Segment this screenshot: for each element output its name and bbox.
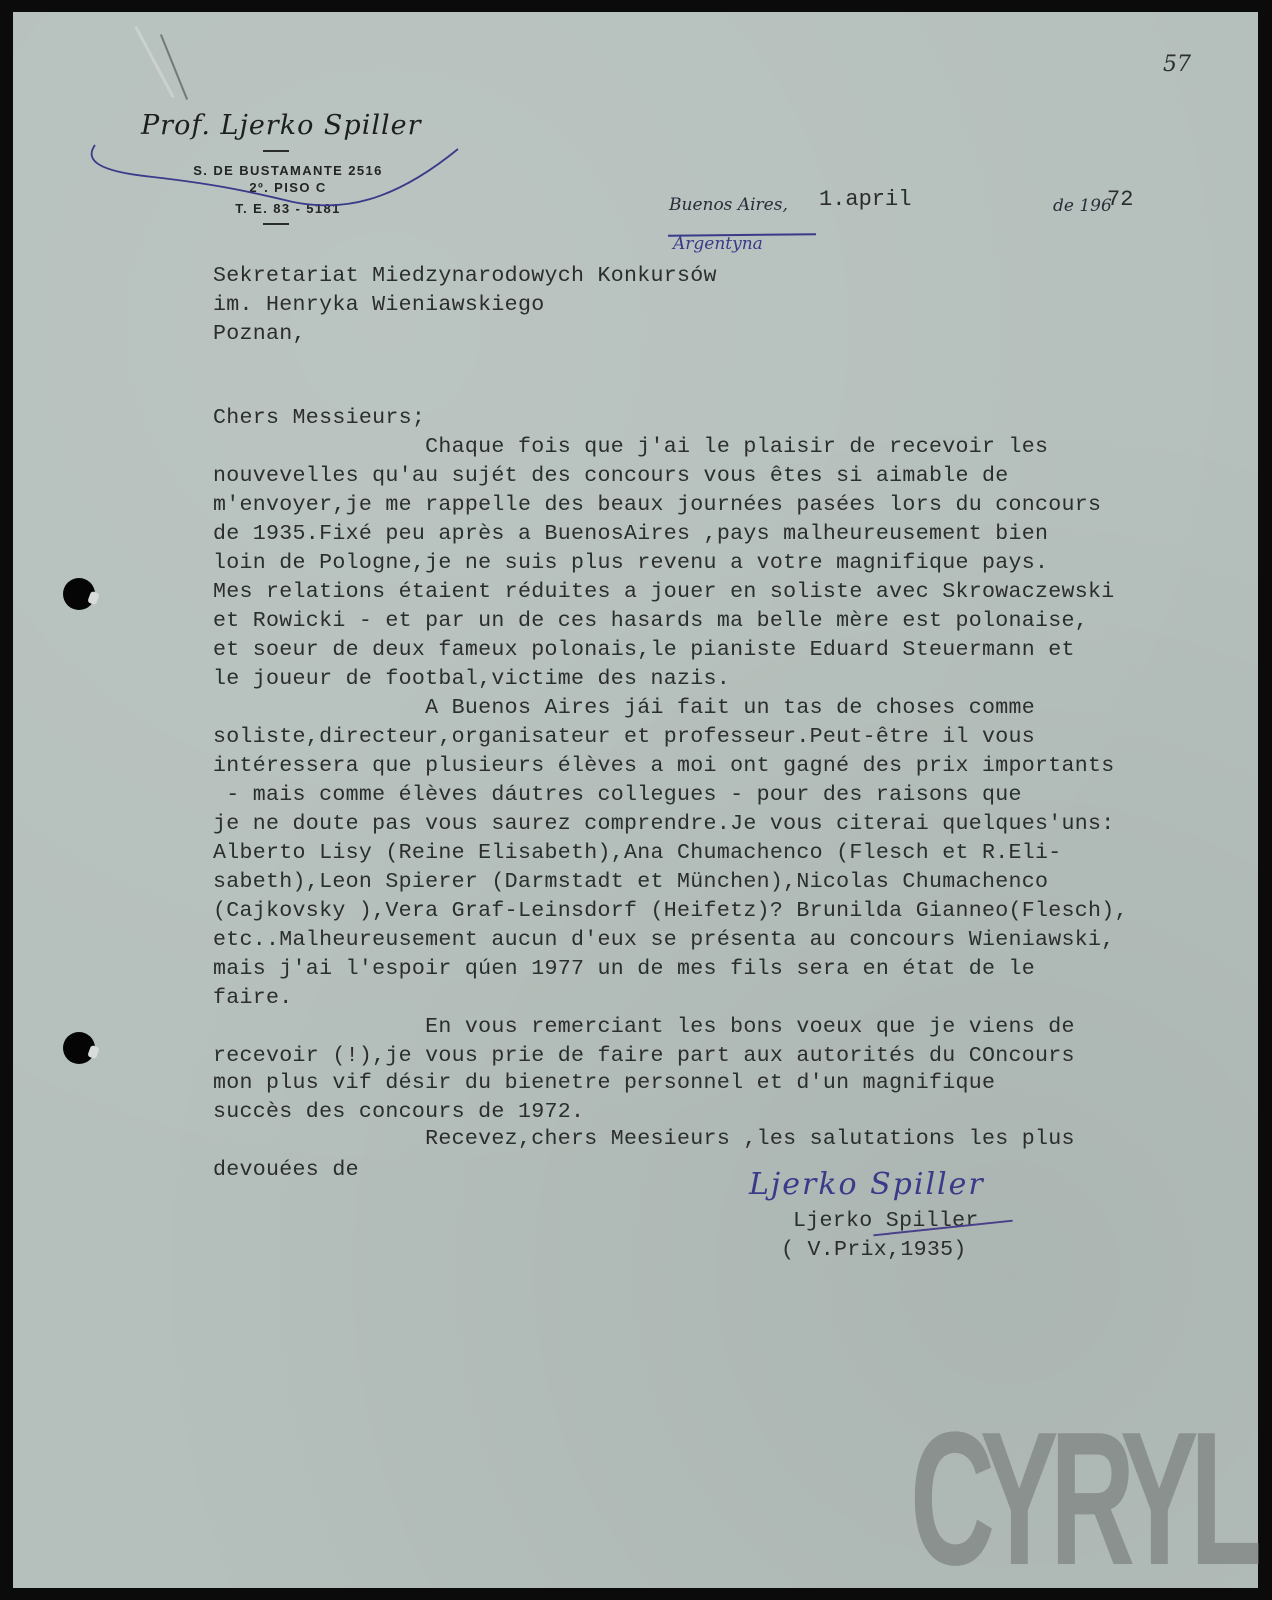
signature-typed-name: Ljerko Spiller: [793, 1207, 979, 1236]
watermark-letter: L: [1190, 1424, 1228, 1574]
body-line: le joueur de footbal,victime des nazis.: [213, 665, 730, 694]
body-line: et Rowicki - et par un de ces hasards ma…: [213, 607, 1088, 636]
paper-crease: [134, 26, 174, 98]
body-line: etc..Malheureusement aucun d'eux se prés…: [213, 926, 1115, 955]
body-line: faire.: [213, 984, 293, 1013]
body-line: m'envoyer,je me rappelle des beaux journ…: [213, 491, 1101, 520]
body-line: Chaque fois que j'ai le plaisir de recev…: [213, 433, 1048, 462]
body-line: Alberto Lisy (Reine Elisabeth),Ana Chuma…: [213, 839, 1062, 868]
body-line: En vous remerciant les bons voeux que je…: [213, 1013, 1075, 1042]
recipient-line-1: Sekretariat Miedzynarodowych Konkursów: [213, 262, 717, 291]
body-line: intéressera que plusieurs élèves a moi o…: [213, 752, 1115, 781]
watermark-letter: C: [910, 1424, 948, 1574]
year-typed: 72: [1107, 187, 1133, 212]
body-line: devouées de: [213, 1156, 359, 1185]
signature-note: ( V.Prix,1935): [781, 1236, 967, 1265]
body-line: mon plus vif désir du bienetre personnel…: [213, 1069, 995, 1098]
body-line: loin de Pologne,je ne suis plus revenu a…: [213, 549, 1048, 578]
page-number: 57: [1163, 52, 1191, 77]
body-line: Mes relations étaient réduites a jouer e…: [213, 578, 1115, 607]
letterhead-name: Prof. Ljerko Spiller: [141, 110, 421, 141]
letterhead-address-street: S. DE BUSTAMANTE 2516: [163, 163, 413, 178]
watermark-letter: R: [1050, 1424, 1088, 1574]
body-line: A Buenos Aires jái fait un tas de choses…: [213, 694, 1035, 723]
letterhead-address-floor: 2º. PISO C: [163, 180, 413, 195]
body-line: et soeur de deux fameux polonais,le pian…: [213, 636, 1075, 665]
letterhead-divider: [263, 223, 289, 225]
letterhead-phone: T. E. 83 - 5181: [163, 201, 413, 216]
country-handwritten: Argentyna: [673, 234, 763, 254]
recipient-line-2: im. Henryka Wieniawskiego: [213, 291, 544, 320]
handwritten-signature: Ljerko Spiller: [749, 1167, 985, 1202]
body-line: Recevez,chers Meesieurs ,les salutations…: [213, 1125, 1075, 1154]
watermark-letter: Y: [980, 1424, 1018, 1574]
salutation: Chers Messieurs;: [213, 404, 425, 433]
place-label: Buenos Aires,: [669, 195, 788, 215]
body-line: soliste,directeur,organisateur et profes…: [213, 723, 1035, 752]
punch-hole: [63, 1032, 95, 1064]
body-line: mais j'ai l'espoir qúen 1977 un de mes f…: [213, 955, 1035, 984]
body-line: sabeth),Leon Spierer (Darmstadt et Münch…: [213, 868, 1048, 897]
body-line: de 1935.Fixé peu après a BuenosAires ,pa…: [213, 520, 1048, 549]
watermark-letter: Y: [1120, 1424, 1158, 1574]
body-line: succès des concours de 1972.: [213, 1098, 584, 1127]
date-typed: 1.april: [819, 187, 911, 212]
year-prefix: de 196: [1053, 196, 1112, 216]
body-line: recevoir (!),je vous prie de faire part …: [213, 1042, 1075, 1071]
letterhead-divider: [263, 150, 289, 152]
body-line: je ne doute pas vous saurez comprendre.J…: [213, 810, 1115, 839]
cyryl-watermark: C Y R Y L: [910, 1424, 1252, 1574]
body-line: (Cajkovsky ),Vera Graf-Leinsdorf (Heifet…: [213, 897, 1128, 926]
body-line: - mais comme élèves dáutres collegues - …: [213, 781, 1022, 810]
recipient-line-3: Poznan,: [213, 320, 306, 349]
paper-mark: [160, 34, 188, 100]
letter-page: 57 Prof. Ljerko Spiller S. DE BUSTAMANTE…: [13, 12, 1258, 1588]
body-line: nouvevelles qu'au sujét des concours vou…: [213, 462, 1009, 491]
punch-hole: [63, 578, 95, 610]
